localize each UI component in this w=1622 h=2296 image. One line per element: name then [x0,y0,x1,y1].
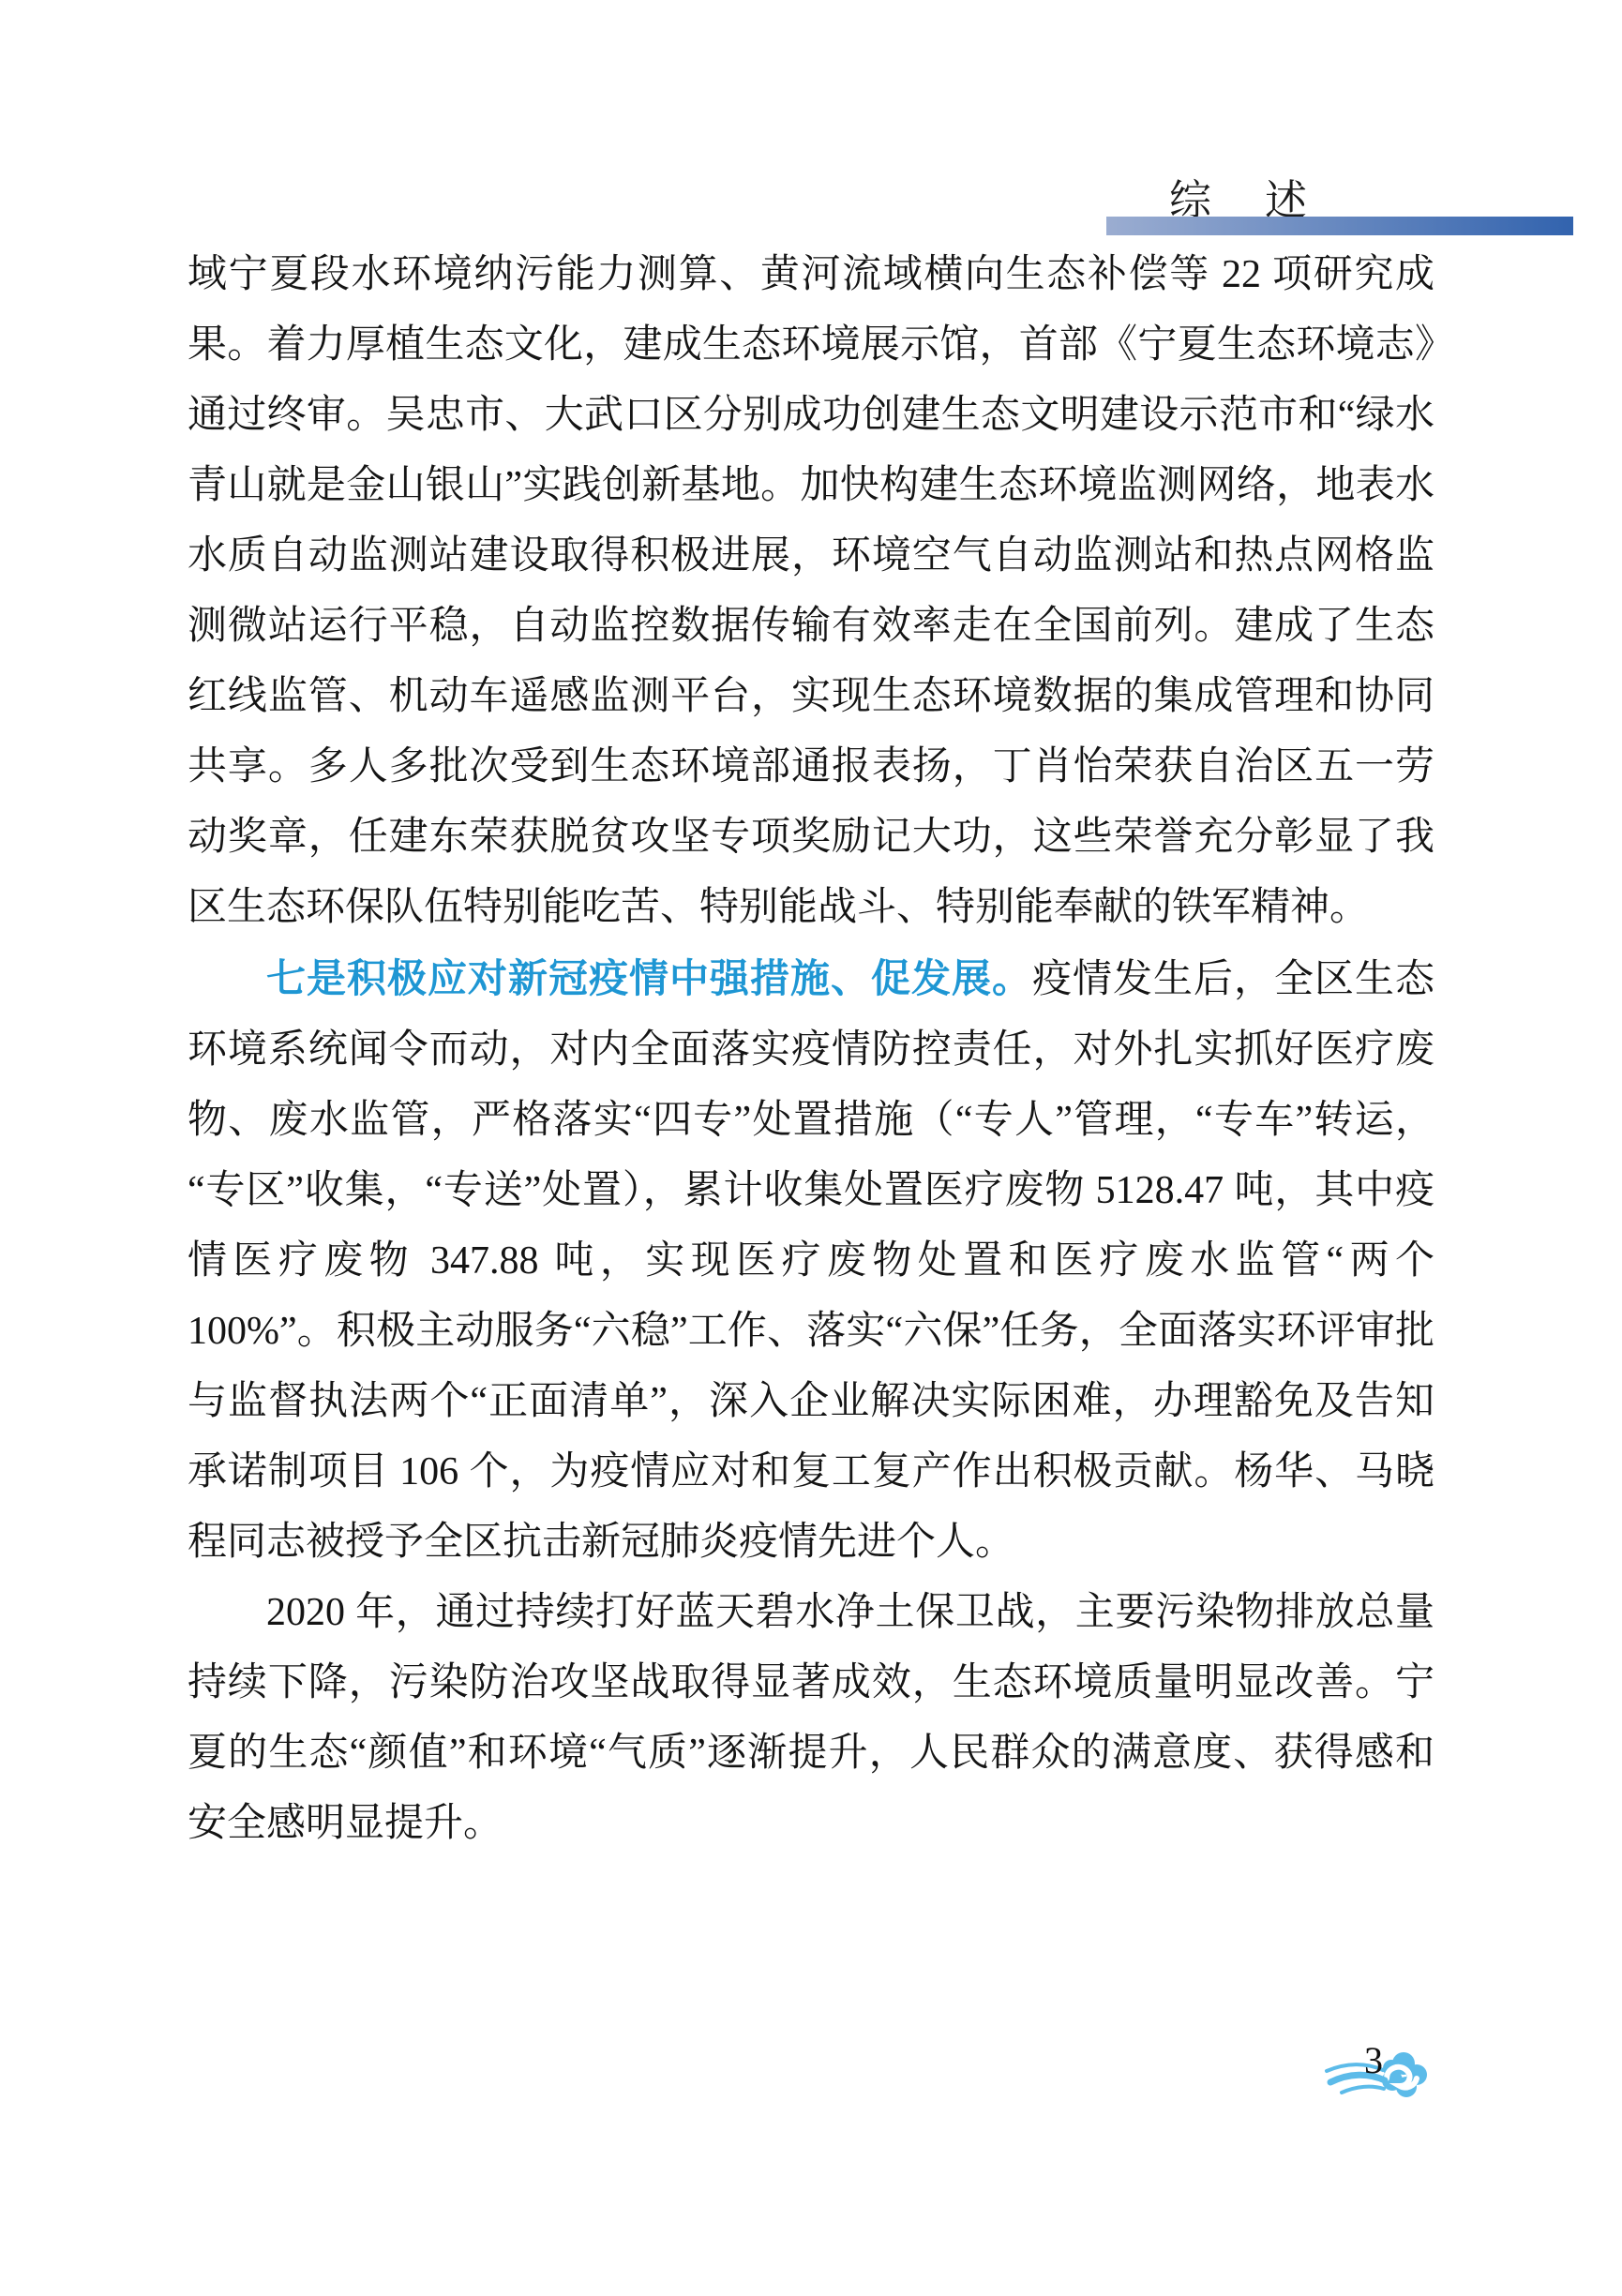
page-footer: 3 [1324,2038,1446,2106]
paragraph: 七是积极应对新冠疫情中强措施、促发展。疫情发生后，全区生态环境系统闻令而动，对内… [188,943,1434,1578]
paragraph-text: 2020 年，通过持续打好蓝天碧水净土保卫战，主要污染物排放总量持续下降，污染防… [188,1591,1434,1845]
paragraph: 域宁夏段水环境纳污能力测算、黄河流域横向生态补偿等 22 项研究成果。着力厚植生… [188,240,1434,943]
paragraph-lead-heading: 七是积极应对新冠疫情中强措施、促发展。 [266,956,1032,1000]
document-body: 域宁夏段水环境纳污能力测算、黄河流域横向生态补偿等 22 项研究成果。着力厚植生… [188,240,1434,1859]
paragraph: 2020 年，通过持续打好蓝天碧水净土保卫战，主要污染物排放总量持续下降，污染防… [188,1578,1434,1859]
paragraph-text: 域宁夏段水环境纳污能力测算、黄河流域横向生态补偿等 22 项研究成果。着力厚植生… [188,253,1434,929]
page-number: 3 [1364,2038,1383,2082]
document-page: 综 述 域宁夏段水环境纳污能力测算、黄河流域横向生态补偿等 22 项研究成果。着… [0,0,1622,2296]
paragraph-text: 疫情发生后，全区生态环境系统闻令而动，对内全面落实疫情防控责任，对外扎实抓好医疗… [188,958,1434,1564]
header-rule [1106,217,1573,235]
